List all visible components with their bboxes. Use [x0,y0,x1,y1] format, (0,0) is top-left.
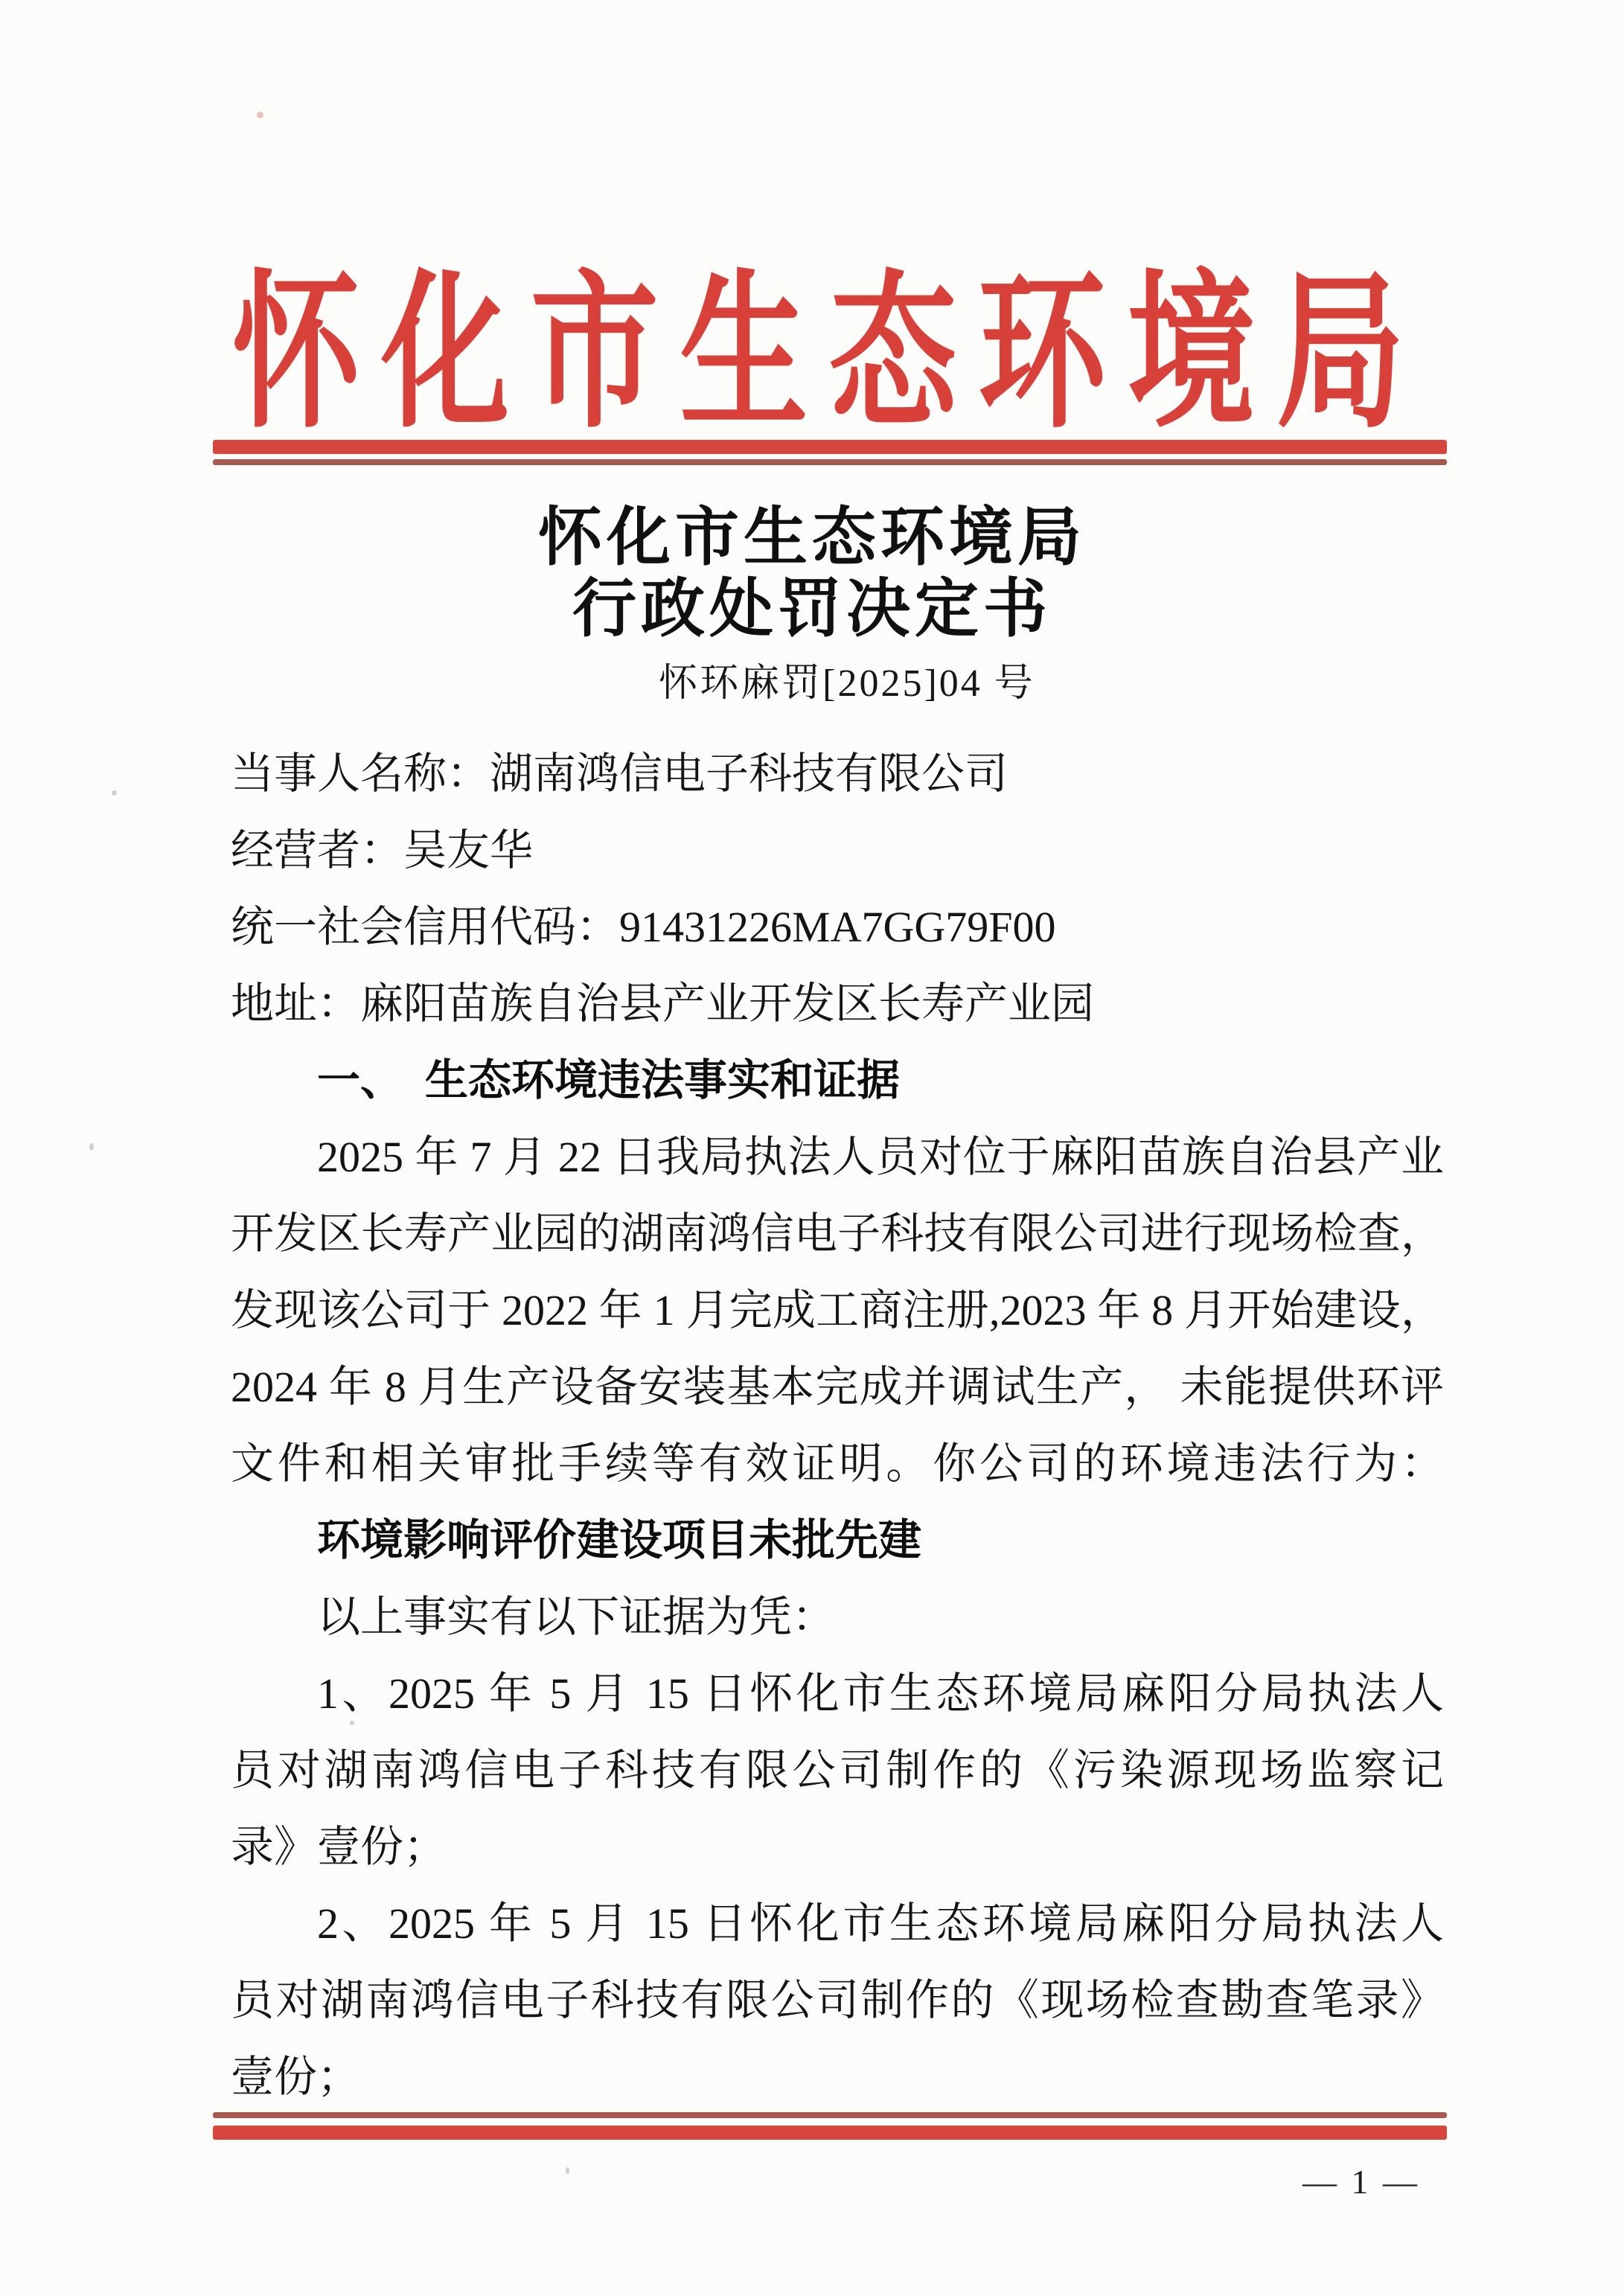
body-line: 录》壹份； [231,1809,1444,1885]
body-violation-heading: 环境影响评价建设项目未批先建 [231,1502,1444,1579]
footer-rule-thin [213,2112,1447,2118]
document-title-line1: 怀化市生态环境局 [0,502,1624,573]
body-line: 员对湖南鸿信电子科技有限公司制作的《污染源现场监察记 [231,1732,1444,1809]
body-line-party-name: 当事人名称：湖南鸿信电子科技有限公司 [231,735,1444,812]
body-line: 2025 年 7 月 22 日我局执法人员对位于麻阳苗族自治县产业 [231,1119,1444,1195]
page-number: — 1 — [1302,2163,1420,2201]
scan-speck [257,112,263,118]
body-line: 开发区长寿产业园的湖南鸿信电子科技有限公司进行现场检查， [231,1195,1444,1272]
document-body: 当事人名称：湖南鸿信电子科技有限公司 经营者：吴友华 统一社会信用代码：9143… [231,735,1444,2115]
scan-speck [89,1143,94,1151]
body-line-evidence-2: 2、2025 年 5 月 15 日怀化市生态环境局麻阳分局执法人 [231,1885,1444,1962]
body-line: 发现该公司于 2022 年 1 月完成工商注册,2023 年 8 月开始建设， [231,1272,1444,1349]
scan-speck [350,1721,354,1725]
letterhead-rule-thin [213,459,1447,465]
body-line-address: 地址：麻阳苗族自治县产业开发区长寿产业园 [231,965,1444,1042]
body-line-operator: 经营者：吴友华 [231,812,1444,889]
body-section-heading: 一、 生态环境违法事实和证据 [231,1042,1444,1119]
body-line: 2024 年 8 月生产设备安装基本完成并调试生产， 未能提供环评 [231,1349,1444,1425]
body-line-evidence-1: 1、2025 年 5 月 15 日怀化市生态环境局麻阳分局执法人 [231,1655,1444,1732]
body-line: 文件和相关审批手续等有效证明。你公司的环境违法行为： [231,1425,1444,1502]
body-line: 壹份； [231,2038,1444,2115]
document-title-line2: 行政处罚决定书 [0,573,1624,645]
scan-speck [566,2167,569,2174]
body-line: 员对湖南鸿信电子科技有限公司制作的《现场检查勘查笔录》 [231,1962,1444,2038]
footer-rule-thick [213,2126,1447,2140]
letterhead-rule-thick [213,440,1447,454]
body-line: 以上事实有以下证据为凭： [231,1579,1444,1655]
body-line-credit-code: 统一社会信用代码：91431226MA7GG79F00 [231,889,1444,965]
document-number: 怀环麻罚[2025]04 号 [0,661,1624,707]
scan-speck [112,790,117,796]
scanned-document-page: 怀化市生态环境局 怀化市生态环境局 行政处罚决定书 怀环麻罚[2025]04 号… [0,0,1624,2296]
letterhead-agency-name: 怀化市生态环境局 [232,262,1404,449]
